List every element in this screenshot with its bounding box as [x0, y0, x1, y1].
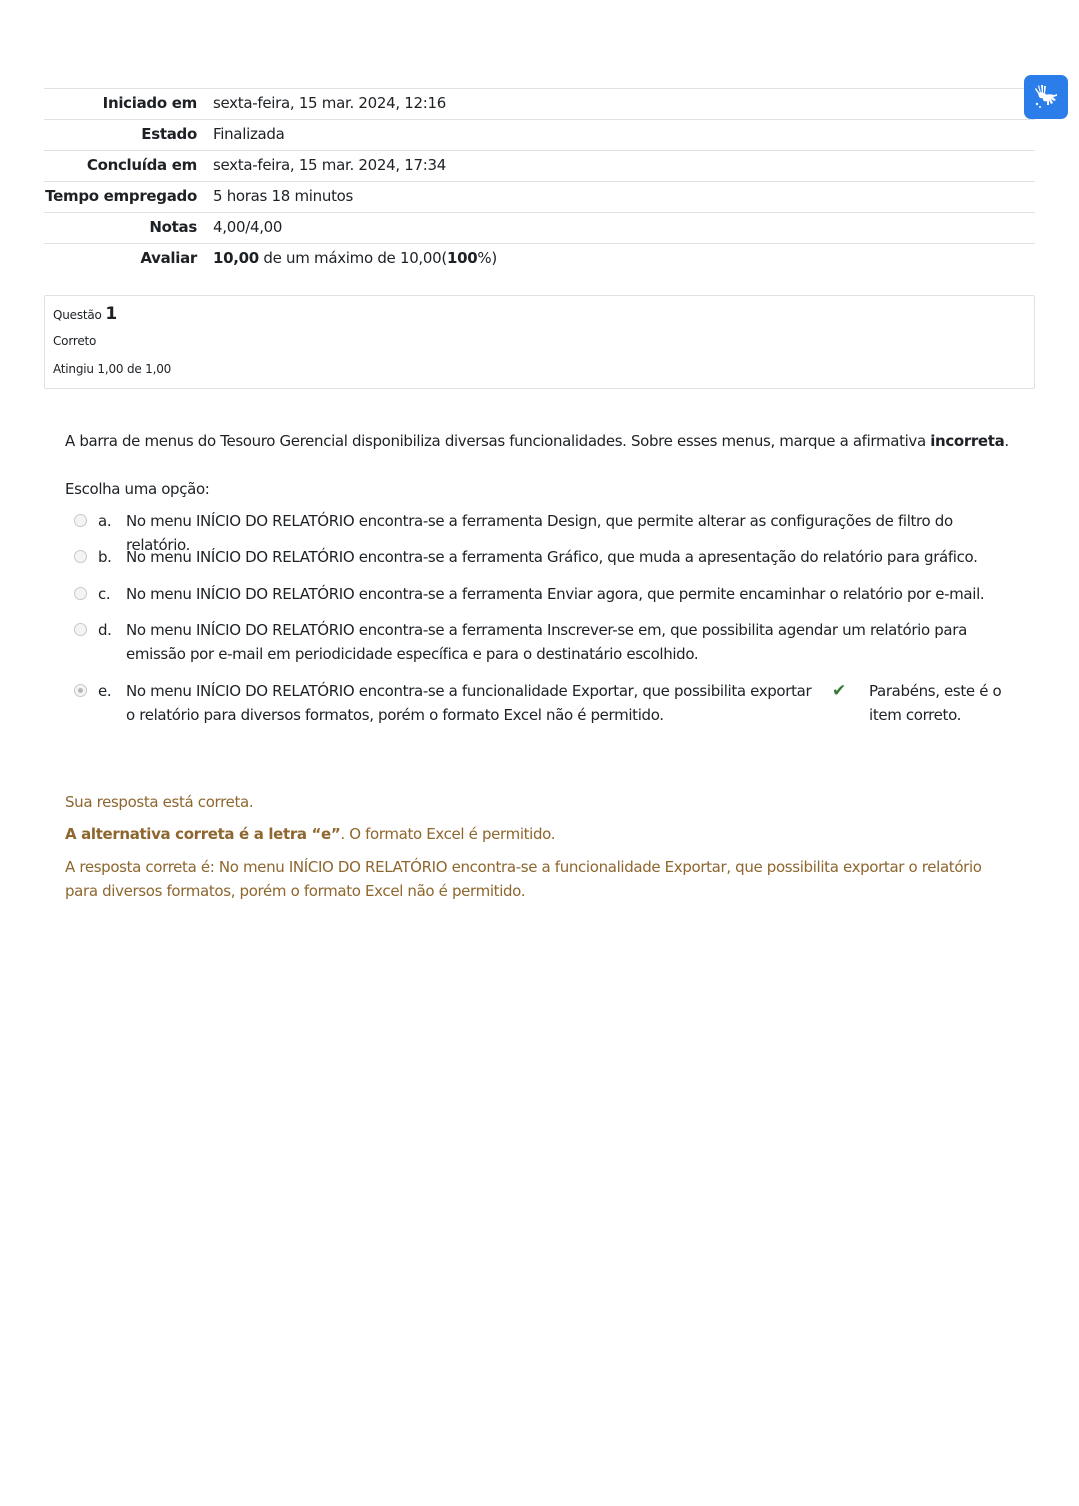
summary-row-state: Estado Finalizada: [44, 120, 1035, 151]
outcome-explanation-bold: A alternativa correta é a letra “e”: [65, 825, 340, 843]
summary-label: Avaliar: [44, 244, 205, 275]
option-text: No menu INÍCIO DO RELATÓRIO encontra-se …: [126, 545, 1011, 569]
summary-label: Tempo empregado: [44, 182, 205, 213]
summary-grade-value: 10,00 de um máximo de 10,00(100%): [205, 244, 1035, 275]
quiz-summary-table: Iniciado em sexta-feira, 15 mar. 2024, 1…: [44, 88, 1035, 274]
summary-row-started: Iniciado em sexta-feira, 15 mar. 2024, 1…: [44, 89, 1035, 120]
option-letter: a.: [98, 509, 111, 533]
option-text: No menu INÍCIO DO RELATÓRIO encontra-se …: [126, 582, 1011, 606]
summary-value: Finalizada: [205, 120, 1035, 151]
grade-middle: de um máximo de 10,00(: [259, 249, 447, 267]
accessibility-button[interactable]: [1024, 75, 1068, 119]
answer-prompt: Escolha uma opção:: [65, 480, 210, 498]
summary-label: Concluída em: [44, 151, 205, 182]
question-info-box: Questão 1 Correto Atingiu 1,00 de 1,00: [44, 295, 1035, 389]
check-icon: ✔: [832, 679, 846, 703]
question-state: Correto: [53, 334, 96, 348]
grade-score: 10,00: [213, 249, 259, 267]
option-letter: d.: [98, 618, 112, 642]
summary-row-marks: Notas 4,00/4,00: [44, 213, 1035, 244]
question-text-main: A barra de menus do Tesouro Gerencial di…: [65, 432, 930, 450]
sign-language-hands-icon: [1032, 83, 1060, 111]
question-label: Questão: [53, 308, 102, 322]
summary-row-grade: Avaliar 10,00 de um máximo de 10,00(100%…: [44, 244, 1035, 275]
radio-button[interactable]: [74, 623, 87, 636]
summary-label: Iniciado em: [44, 89, 205, 120]
option-letter: e.: [98, 679, 111, 703]
question-number: Questão 1: [53, 304, 117, 324]
summary-label: Estado: [44, 120, 205, 151]
outcome-right-answer: A resposta correta é: No menu INÍCIO DO …: [65, 855, 1015, 903]
summary-value: 4,00/4,00: [205, 213, 1035, 244]
question-number-value: 1: [105, 304, 117, 324]
question-text-emphasis: incorreta: [930, 432, 1004, 450]
summary-value: sexta-feira, 15 mar. 2024, 12:16: [205, 89, 1035, 120]
outcome-explanation: A alternativa correta é a letra “e”. O f…: [65, 822, 555, 846]
outcome-explanation-rest: . O formato Excel é permitido.: [340, 825, 555, 843]
radio-button[interactable]: [74, 550, 87, 563]
summary-value: sexta-feira, 15 mar. 2024, 17:34: [205, 151, 1035, 182]
radio-button-selected[interactable]: [74, 684, 87, 697]
summary-value: 5 horas 18 minutos: [205, 182, 1035, 213]
option-letter: c.: [98, 582, 110, 606]
option-feedback: Parabéns, este é o item correto.: [869, 679, 1014, 727]
radio-button[interactable]: [74, 514, 87, 527]
summary-row-completed: Concluída em sexta-feira, 15 mar. 2024, …: [44, 151, 1035, 182]
radio-button[interactable]: [74, 587, 87, 600]
summary-label: Notas: [44, 213, 205, 244]
option-text: No menu INÍCIO DO RELATÓRIO encontra-se …: [126, 679, 816, 727]
question-text-end: .: [1004, 432, 1008, 450]
grade-percent: 100: [447, 249, 477, 267]
question-grade: Atingiu 1,00 de 1,00: [53, 362, 171, 376]
option-letter: b.: [98, 545, 112, 569]
option-text: No menu INÍCIO DO RELATÓRIO encontra-se …: [126, 618, 1011, 666]
outcome-status: Sua resposta está correta.: [65, 790, 253, 814]
question-text: A barra de menus do Tesouro Gerencial di…: [65, 432, 1009, 450]
grade-suffix: %): [477, 249, 497, 267]
summary-row-time-taken: Tempo empregado 5 horas 18 minutos: [44, 182, 1035, 213]
